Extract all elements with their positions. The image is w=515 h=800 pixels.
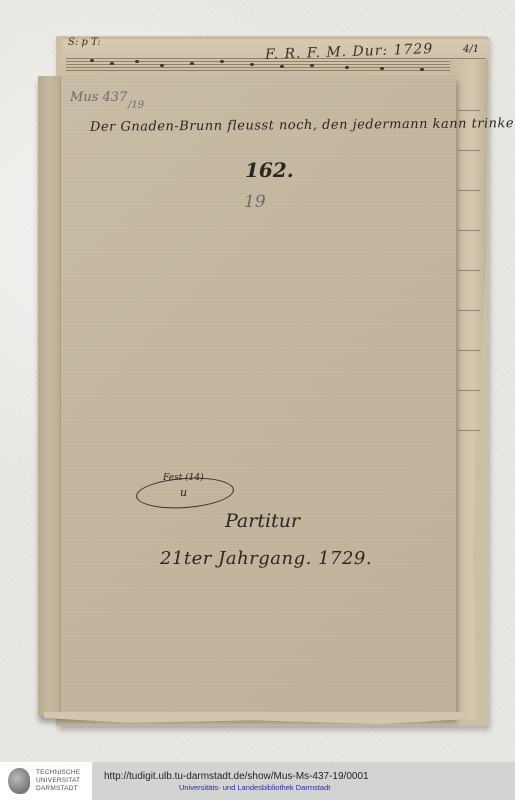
logo-wordmark: TECHNISCHE UNIVERSITAT DARMSTADT: [36, 769, 80, 793]
staff-line: [458, 310, 480, 311]
music-note: [90, 59, 94, 62]
score-label: Partitur: [225, 510, 300, 532]
staff-line: [66, 64, 486, 65]
logo-line-1: TECHNISCHE: [36, 769, 80, 777]
staff-line: [458, 150, 480, 151]
tu-darmstadt-logo[interactable]: TECHNISCHE UNIVERSITAT DARMSTADT: [0, 762, 92, 800]
staff-line: [458, 430, 480, 431]
staff-line: [458, 110, 480, 111]
music-note: [345, 66, 349, 69]
oval-label-top: Fest (14): [163, 473, 204, 483]
library-name-link[interactable]: Universitäts- und Landesbibliothek Darms…: [104, 783, 515, 793]
page-url-link[interactable]: http://tudigit.ulb.tu-darmstadt.de/show/…: [104, 771, 515, 783]
staff-line: [458, 230, 480, 231]
music-note: [380, 67, 384, 70]
music-note: [135, 60, 139, 63]
music-note: [110, 62, 114, 65]
music-note: [160, 64, 164, 67]
music-page-mark: 4/1: [463, 44, 479, 55]
logo-line-2: UNIVERSITAT: [36, 777, 80, 785]
year-line: 21ter Jahrgang. 1729.: [160, 548, 372, 569]
music-note: [190, 62, 194, 65]
shelfmark-sub: /19: [128, 100, 144, 111]
music-note: [310, 64, 314, 67]
staff-line: [458, 390, 480, 391]
shelfmark: Mus 437: [70, 90, 127, 105]
work-number: 162.: [245, 158, 294, 182]
music-note: [420, 68, 424, 71]
footer-text-block: http://tudigit.ulb.tu-darmstadt.de/show/…: [92, 762, 515, 800]
music-header-marking: S: p T:: [68, 37, 101, 48]
staff-line: [458, 190, 480, 191]
cover-spine-fold: [38, 76, 61, 716]
tu-darmstadt-athena-head-icon: [8, 768, 30, 794]
staff-line: [458, 270, 480, 271]
music-note: [250, 63, 254, 66]
oval-label-bottom: u: [180, 486, 187, 499]
music-note: [220, 60, 224, 63]
pencil-number: 19: [244, 192, 266, 212]
viewer-footer: TECHNISCHE UNIVERSITAT DARMSTADT http://…: [0, 762, 515, 800]
staff-line: [458, 350, 480, 351]
logo-line-3: DARMSTADT: [36, 785, 80, 793]
music-note: [280, 65, 284, 68]
